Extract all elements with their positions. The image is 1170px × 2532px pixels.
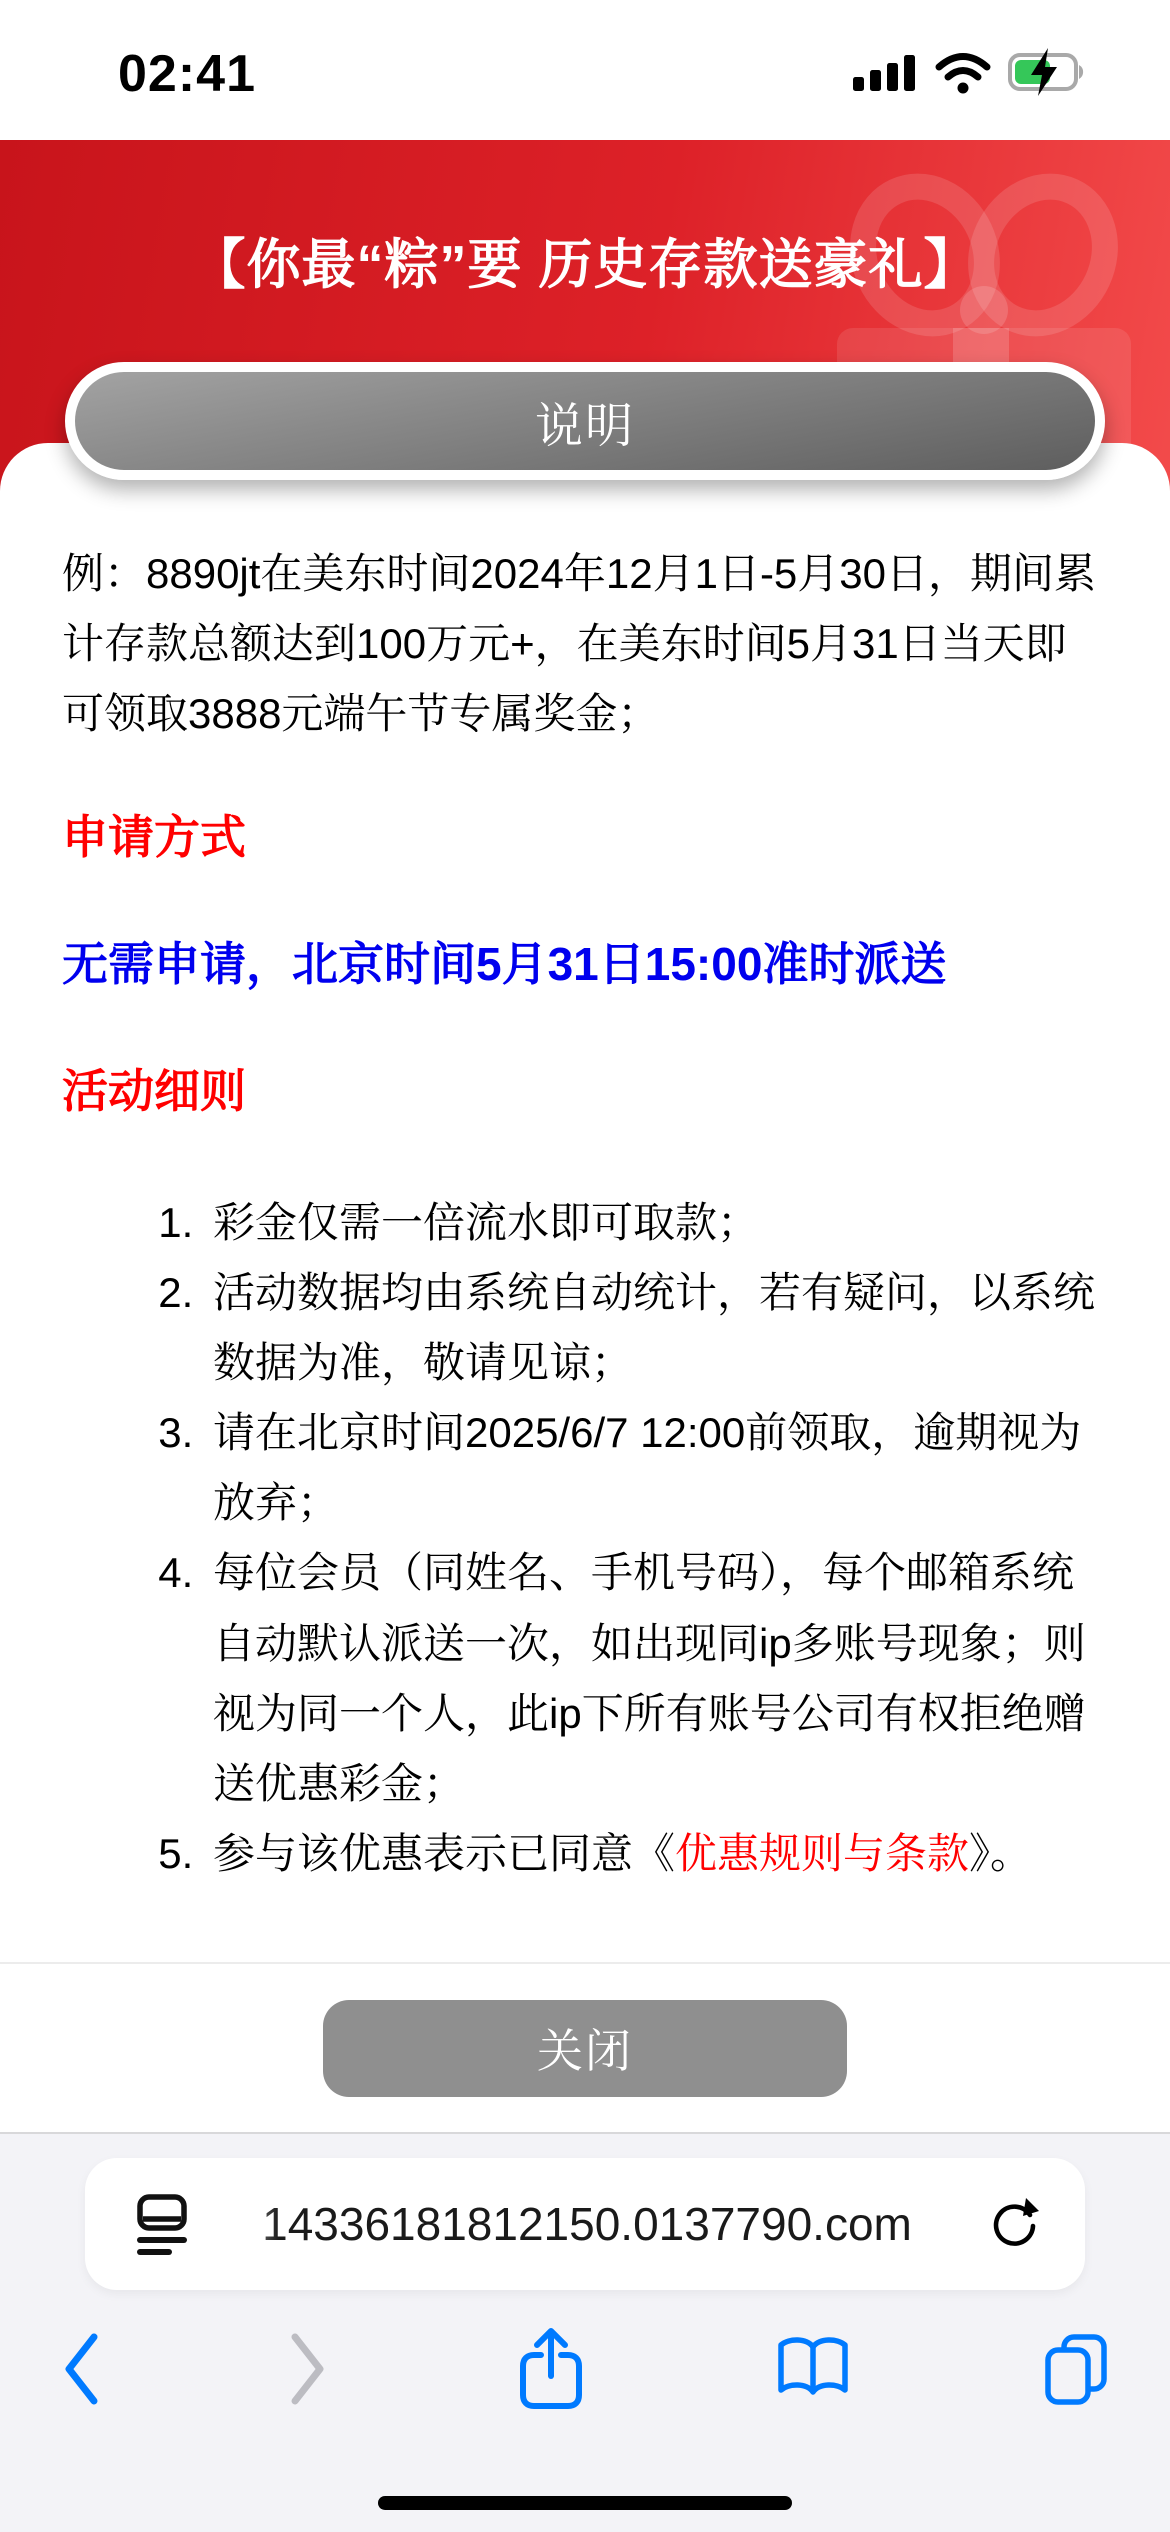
tabs-icon[interactable]	[1038, 2331, 1114, 2407]
status-icons	[852, 48, 1092, 101]
home-indicator[interactable]	[378, 2496, 792, 2510]
status-bar: 02:41	[0, 0, 1170, 140]
safari-chrome: 14336181812150.0137790.com	[0, 2132, 1170, 2532]
rule-item: 彩金仅需一倍流水即可取款；	[205, 1188, 1108, 1258]
rule5-suffix: 》。	[969, 1830, 1032, 1877]
share-icon[interactable]	[514, 2324, 588, 2414]
rule-item: 每位会员（同姓名、手机号码），每个邮箱系统自动默认派送一次，如出现同ip多账号现…	[205, 1538, 1108, 1819]
rules-list: 彩金仅需一倍流水即可取款； 活动数据均由系统自动统计，若有疑问，以系统数据为准，…	[62, 1188, 1108, 1889]
battery-charging-icon	[1008, 48, 1092, 101]
promo-content: 例：8890jt在美东时间2024年12月1日-5月30日，期间累计存款总额达到…	[0, 443, 1170, 1929]
example-paragraph: 例：8890jt在美东时间2024年12月1日-5月30日，期间累计存款总额达到…	[62, 539, 1108, 749]
apply-heading: 申请方式	[62, 799, 1108, 876]
iphone-screen: 02:41	[0, 0, 1170, 2532]
forward-icon[interactable]	[287, 2330, 329, 2408]
close-button[interactable]: 关闭	[323, 2000, 847, 2097]
close-bar: 关闭	[0, 1962, 1170, 2132]
rule5-prefix: 参与该优惠表示已同意《	[213, 1830, 675, 1877]
promo-card: 说明 例：8890jt在美东时间2024年12月1日-5月30日，期间累计存款总…	[0, 443, 1170, 1962]
rule-item: 活动数据均由系统自动统计，若有疑问，以系统数据为准，敬请见谅；	[205, 1258, 1108, 1398]
terms-link[interactable]: 优惠规则与条款	[675, 1830, 969, 1877]
url-text: 14336181812150.0137790.com	[189, 2197, 985, 2251]
wifi-icon	[934, 50, 992, 99]
page-settings-icon[interactable]	[135, 2192, 189, 2256]
promo-title: 【你最“粽”要 历史存款送豪礼】	[0, 140, 1170, 299]
reload-icon[interactable]	[985, 2195, 1043, 2253]
address-bar[interactable]: 14336181812150.0137790.com	[85, 2158, 1085, 2290]
safari-toolbar	[0, 2324, 1170, 2414]
rules-heading: 活动细则	[62, 1053, 1108, 1130]
info-pill-button[interactable]: 说明	[65, 362, 1105, 480]
rule-item: 请在北京时间2025/6/7 12:00前领取，逾期视为放弃；	[205, 1398, 1108, 1538]
apply-note: 无需申请，北京时间5月31日15:00准时派送	[62, 926, 1108, 1003]
info-pill-label: 说明	[535, 387, 635, 456]
status-time: 02:41	[118, 44, 256, 104]
close-button-label: 关闭	[537, 2015, 633, 2081]
back-icon[interactable]	[60, 2330, 102, 2408]
bookmarks-icon[interactable]	[773, 2334, 853, 2404]
rule-item: 参与该优惠表示已同意《优惠规则与条款》。	[205, 1819, 1108, 1889]
cellular-signal-icon	[852, 50, 918, 99]
